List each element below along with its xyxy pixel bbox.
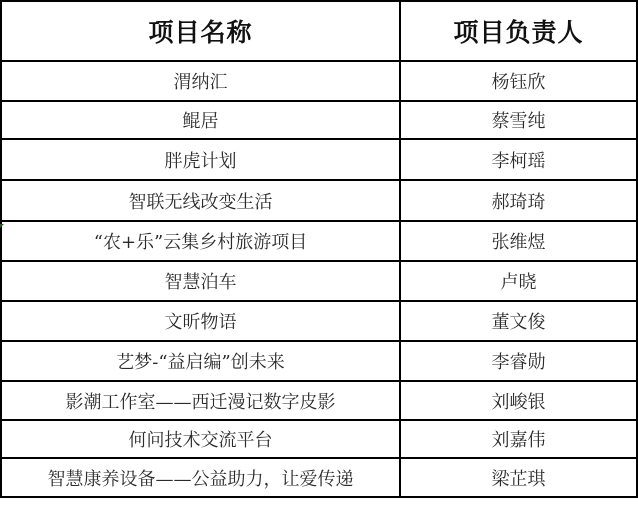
- table-row: 渭纳汇 杨钰欣: [1, 61, 637, 101]
- header-project-leader: 项目负责人: [400, 1, 637, 61]
- project-name-cell: 智联无线改变生活: [1, 180, 400, 221]
- table-row: 何问技术交流平台 刘嘉伟: [1, 420, 637, 458]
- table-row: 文昕物语 董文俊: [1, 301, 637, 341]
- cell-comment-marker: [0, 224, 4, 228]
- table-row: 影潮工作室——西迁漫记数字皮影 刘峻银: [1, 381, 637, 420]
- table-row: 鲲居 蔡雪纯: [1, 101, 637, 139]
- project-name-cell: 胖虎计划: [1, 139, 400, 180]
- project-leader-cell: 卢晓: [400, 261, 637, 301]
- table-row: “农+乐”云集乡村旅游项目 张维煜: [1, 221, 637, 261]
- table-row: 艺梦-“益启编”创未来 李睿勋: [1, 341, 637, 381]
- project-name-cell: 艺梦-“益启编”创未来: [1, 341, 400, 381]
- project-leader-cell: 刘嘉伟: [400, 420, 637, 458]
- header-project-name: 项目名称: [1, 1, 400, 61]
- project-leader-cell: 梁芷琪: [400, 458, 637, 497]
- project-leader-cell: 刘峻银: [400, 381, 637, 420]
- project-name-cell: 智慧康养设备——公益助力，让爱传递: [1, 458, 400, 497]
- project-table: 项目名称 项目负责人 渭纳汇 杨钰欣 鲲居 蔡雪纯 胖虎计划 李柯瑶 智联无线改…: [0, 0, 638, 498]
- project-name-cell: 智慧泊车: [1, 261, 400, 301]
- project-name-cell: 影潮工作室——西迁漫记数字皮影: [1, 381, 400, 420]
- project-leader-cell: 李柯瑶: [400, 139, 637, 180]
- project-name-cell: 鲲居: [1, 101, 400, 139]
- project-leader-cell: 郝琦琦: [400, 180, 637, 221]
- table-row: 智慧康养设备——公益助力，让爱传递 梁芷琪: [1, 458, 637, 497]
- project-name-cell: 何问技术交流平台: [1, 420, 400, 458]
- table-row: 胖虎计划 李柯瑶: [1, 139, 637, 180]
- table-row: 智联无线改变生活 郝琦琦: [1, 180, 637, 221]
- project-name-cell: 渭纳汇: [1, 61, 400, 101]
- table-row: 智慧泊车 卢晓: [1, 261, 637, 301]
- project-leader-cell: 蔡雪纯: [400, 101, 637, 139]
- project-name-cell: 文昕物语: [1, 301, 400, 341]
- table-header-row: 项目名称 项目负责人: [1, 1, 637, 61]
- project-name-cell: “农+乐”云集乡村旅游项目: [1, 221, 400, 261]
- project-leader-cell: 李睿勋: [400, 341, 637, 381]
- project-leader-cell: 董文俊: [400, 301, 637, 341]
- project-leader-cell: 杨钰欣: [400, 61, 637, 101]
- project-leader-cell: 张维煜: [400, 221, 637, 261]
